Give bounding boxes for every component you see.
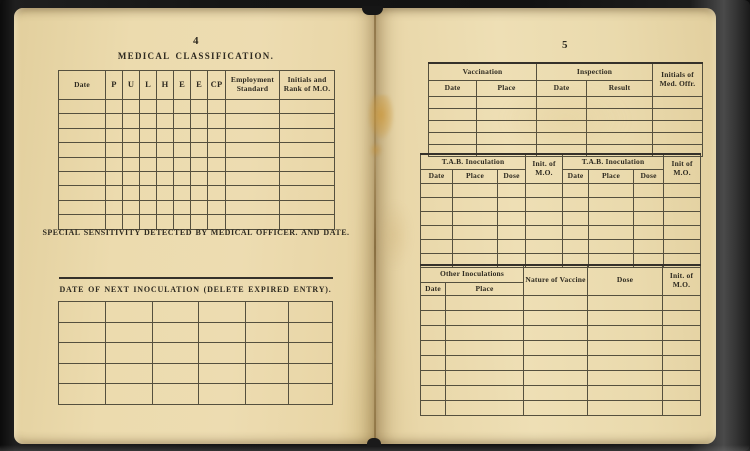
table-row bbox=[421, 240, 701, 254]
empty-cell bbox=[123, 200, 140, 214]
empty-cell bbox=[589, 184, 634, 198]
empty-cell bbox=[446, 386, 524, 401]
empty-cell bbox=[106, 384, 153, 405]
classification-empty-rows bbox=[59, 100, 335, 230]
empty-cell bbox=[208, 171, 226, 185]
empty-cell bbox=[246, 302, 289, 323]
empty-cell bbox=[524, 341, 588, 356]
col-header-initials-med-offr: Initials of Med. Offr. bbox=[653, 63, 703, 97]
empty-cell bbox=[106, 114, 123, 128]
empty-cell bbox=[453, 240, 498, 254]
empty-cell bbox=[634, 212, 664, 226]
empty-cell bbox=[199, 363, 246, 384]
empty-cell bbox=[157, 171, 174, 185]
table-row bbox=[421, 341, 701, 356]
empty-cell bbox=[106, 363, 153, 384]
empty-cell bbox=[208, 128, 226, 142]
empty-cell bbox=[59, 100, 106, 114]
empty-cell bbox=[59, 157, 106, 171]
empty-cell bbox=[157, 215, 174, 229]
empty-cell bbox=[280, 186, 335, 200]
empty-cell bbox=[106, 171, 123, 185]
empty-cell bbox=[191, 143, 208, 157]
empty-cell bbox=[123, 215, 140, 229]
table-row bbox=[421, 296, 701, 311]
empty-cell bbox=[208, 100, 226, 114]
empty-cell bbox=[191, 128, 208, 142]
col-header-tab-place-left: Place bbox=[453, 170, 498, 184]
empty-cell bbox=[123, 128, 140, 142]
empty-cell bbox=[123, 171, 140, 185]
empty-cell bbox=[174, 200, 191, 214]
empty-cell bbox=[153, 302, 199, 323]
empty-cell bbox=[537, 121, 587, 133]
empty-cell bbox=[587, 97, 653, 109]
table-row bbox=[59, 322, 333, 343]
empty-cell bbox=[199, 384, 246, 405]
tab-empty-rows bbox=[421, 184, 701, 268]
table-row bbox=[429, 121, 703, 133]
empty-cell bbox=[498, 212, 526, 226]
empty-cell bbox=[153, 384, 199, 405]
empty-cell bbox=[191, 157, 208, 171]
col-header-insp-result: Result bbox=[587, 81, 653, 97]
empty-cell bbox=[421, 326, 446, 341]
empty-cell bbox=[526, 240, 563, 254]
empty-cell bbox=[446, 371, 524, 386]
empty-cell bbox=[446, 341, 524, 356]
empty-cell bbox=[157, 186, 174, 200]
empty-cell bbox=[524, 401, 588, 416]
other-inoculations-empty-rows bbox=[421, 296, 701, 416]
empty-cell bbox=[563, 212, 589, 226]
empty-cell bbox=[140, 100, 157, 114]
empty-cell bbox=[421, 198, 453, 212]
empty-cell bbox=[446, 326, 524, 341]
empty-cell bbox=[429, 97, 477, 109]
empty-cell bbox=[526, 226, 563, 240]
medical-classification-table: Date P U L H E E CP Employment Standard … bbox=[58, 70, 335, 230]
empty-cell bbox=[106, 143, 123, 157]
medical-record-booklet-photo: 4 MEDICAL CLASSIFICATION. Date P U L H E… bbox=[0, 0, 750, 451]
empty-cell bbox=[289, 363, 333, 384]
empty-cell bbox=[246, 384, 289, 405]
right-page: 5 Vaccination Inspection Initials of Med… bbox=[376, 8, 716, 444]
empty-cell bbox=[174, 100, 191, 114]
table-row bbox=[59, 128, 335, 142]
empty-cell bbox=[663, 341, 701, 356]
empty-cell bbox=[421, 341, 446, 356]
table-row bbox=[429, 133, 703, 145]
empty-cell bbox=[498, 184, 526, 198]
empty-cell bbox=[289, 302, 333, 323]
empty-cell bbox=[123, 157, 140, 171]
col-header-insp-date: Date bbox=[537, 81, 587, 97]
empty-cell bbox=[524, 326, 588, 341]
table-row bbox=[429, 109, 703, 121]
empty-cell bbox=[226, 186, 280, 200]
table-row bbox=[59, 302, 333, 323]
empty-cell bbox=[663, 371, 701, 386]
empty-cell bbox=[526, 212, 563, 226]
empty-cell bbox=[208, 215, 226, 229]
empty-cell bbox=[59, 128, 106, 142]
table-row bbox=[59, 143, 335, 157]
empty-cell bbox=[226, 200, 280, 214]
group-header-vaccination: Vaccination bbox=[429, 63, 537, 81]
empty-cell bbox=[157, 200, 174, 214]
empty-cell bbox=[589, 212, 634, 226]
empty-cell bbox=[191, 100, 208, 114]
table-row bbox=[59, 171, 335, 185]
tab-inoculation-table: T.A.B. Inoculation Init. of M.O. T.A.B. … bbox=[420, 153, 701, 268]
empty-cell bbox=[524, 311, 588, 326]
empty-cell bbox=[208, 157, 226, 171]
empty-cell bbox=[59, 186, 106, 200]
empty-cell bbox=[199, 343, 246, 364]
empty-cell bbox=[477, 133, 537, 145]
empty-cell bbox=[446, 356, 524, 371]
table-row bbox=[421, 184, 701, 198]
empty-cell bbox=[664, 226, 701, 240]
empty-cell bbox=[563, 184, 589, 198]
empty-cell bbox=[157, 143, 174, 157]
empty-cell bbox=[208, 143, 226, 157]
empty-cell bbox=[653, 97, 703, 109]
empty-cell bbox=[588, 296, 663, 311]
empty-cell bbox=[59, 200, 106, 214]
col-header-vacc-place: Place bbox=[477, 81, 537, 97]
empty-cell bbox=[421, 226, 453, 240]
table-row bbox=[59, 157, 335, 171]
empty-cell bbox=[664, 240, 701, 254]
next-inoculation-title: DATE OF NEXT INOCULATION (DELETE EXPIRED… bbox=[59, 278, 333, 302]
empty-cell bbox=[59, 171, 106, 185]
empty-cell bbox=[589, 226, 634, 240]
empty-cell bbox=[588, 371, 663, 386]
tab-header-rows: T.A.B. Inoculation Init. of M.O. T.A.B. … bbox=[421, 154, 701, 184]
empty-cell bbox=[140, 200, 157, 214]
empty-cell bbox=[246, 363, 289, 384]
empty-cell bbox=[664, 198, 701, 212]
empty-cell bbox=[280, 100, 335, 114]
binding-gap-bottom bbox=[367, 438, 381, 447]
group-header-tab-left: T.A.B. Inoculation bbox=[421, 154, 526, 170]
col-header-init-mo-left: Init. of M.O. bbox=[526, 154, 563, 184]
empty-cell bbox=[588, 341, 663, 356]
empty-cell bbox=[140, 215, 157, 229]
empty-cell bbox=[174, 128, 191, 142]
center-binding-crease bbox=[374, 7, 376, 444]
empty-cell bbox=[589, 198, 634, 212]
col-header-e2: E bbox=[191, 71, 208, 100]
empty-cell bbox=[453, 226, 498, 240]
empty-cell bbox=[174, 143, 191, 157]
empty-cell bbox=[589, 240, 634, 254]
empty-cell bbox=[563, 198, 589, 212]
empty-cell bbox=[226, 100, 280, 114]
left-page: 4 MEDICAL CLASSIFICATION. Date P U L H E… bbox=[14, 8, 376, 444]
empty-cell bbox=[526, 184, 563, 198]
empty-cell bbox=[634, 226, 664, 240]
vaccination-empty-rows bbox=[429, 97, 703, 157]
col-header-p: P bbox=[106, 71, 123, 100]
empty-cell bbox=[191, 171, 208, 185]
empty-cell bbox=[106, 215, 123, 229]
empty-cell bbox=[587, 133, 653, 145]
empty-cell bbox=[588, 326, 663, 341]
next-inoculation-title-row: DATE OF NEXT INOCULATION (DELETE EXPIRED… bbox=[59, 278, 333, 302]
classification-header-row: Date P U L H E E CP Employment Standard … bbox=[59, 71, 335, 100]
right-page-number: 5 bbox=[428, 39, 702, 51]
empty-cell bbox=[280, 143, 335, 157]
special-sensitivity-note: SPECIAL SENSITIVITY DETECTED BY MEDICAL … bbox=[24, 228, 368, 237]
empty-cell bbox=[429, 133, 477, 145]
empty-cell bbox=[587, 121, 653, 133]
empty-cell bbox=[191, 215, 208, 229]
empty-cell bbox=[199, 302, 246, 323]
table-row bbox=[429, 97, 703, 109]
empty-cell bbox=[446, 401, 524, 416]
empty-cell bbox=[588, 401, 663, 416]
empty-cell bbox=[157, 128, 174, 142]
empty-cell bbox=[588, 311, 663, 326]
empty-cell bbox=[123, 100, 140, 114]
empty-cell bbox=[453, 198, 498, 212]
empty-cell bbox=[588, 356, 663, 371]
table-row bbox=[59, 114, 335, 128]
empty-cell bbox=[280, 200, 335, 214]
empty-cell bbox=[208, 200, 226, 214]
table-row bbox=[59, 100, 335, 114]
empty-cell bbox=[477, 97, 537, 109]
empty-cell bbox=[446, 296, 524, 311]
empty-cell bbox=[663, 311, 701, 326]
col-header-tab-place-right: Place bbox=[589, 170, 634, 184]
empty-cell bbox=[421, 401, 446, 416]
col-header-vacc-date: Date bbox=[429, 81, 477, 97]
empty-cell bbox=[174, 157, 191, 171]
table-row bbox=[421, 198, 701, 212]
col-header-employment-standard: Employment Standard bbox=[226, 71, 280, 100]
other-inoculations-table: Other Inoculations Nature of Vaccine Dos… bbox=[420, 264, 701, 416]
empty-cell bbox=[421, 212, 453, 226]
empty-cell bbox=[429, 109, 477, 121]
table-row bbox=[421, 356, 701, 371]
binding-gap-top bbox=[362, 6, 383, 15]
empty-cell bbox=[59, 143, 106, 157]
empty-cell bbox=[280, 171, 335, 185]
empty-cell bbox=[59, 114, 106, 128]
empty-cell bbox=[226, 114, 280, 128]
empty-cell bbox=[153, 363, 199, 384]
empty-cell bbox=[157, 157, 174, 171]
empty-cell bbox=[421, 184, 453, 198]
empty-cell bbox=[587, 109, 653, 121]
empty-cell bbox=[280, 128, 335, 142]
empty-cell bbox=[653, 109, 703, 121]
empty-cell bbox=[421, 296, 446, 311]
empty-cell bbox=[289, 384, 333, 405]
empty-cell bbox=[634, 240, 664, 254]
col-header-other-date: Date bbox=[421, 283, 446, 296]
col-header-other-place: Place bbox=[446, 283, 524, 296]
table-row bbox=[421, 311, 701, 326]
table-row bbox=[59, 384, 333, 405]
empty-cell bbox=[526, 198, 563, 212]
empty-cell bbox=[563, 226, 589, 240]
col-header-cp: CP bbox=[208, 71, 226, 100]
next-inoculation-empty-rows bbox=[59, 302, 333, 405]
empty-cell bbox=[246, 322, 289, 343]
empty-cell bbox=[191, 200, 208, 214]
empty-cell bbox=[157, 100, 174, 114]
empty-cell bbox=[106, 200, 123, 214]
empty-cell bbox=[429, 121, 477, 133]
empty-cell bbox=[663, 326, 701, 341]
col-header-l: L bbox=[140, 71, 157, 100]
empty-cell bbox=[208, 186, 226, 200]
empty-cell bbox=[421, 386, 446, 401]
empty-cell bbox=[191, 114, 208, 128]
empty-cell bbox=[664, 212, 701, 226]
empty-cell bbox=[563, 240, 589, 254]
empty-cell bbox=[106, 343, 153, 364]
empty-cell bbox=[663, 296, 701, 311]
empty-cell bbox=[289, 343, 333, 364]
empty-cell bbox=[537, 97, 587, 109]
empty-cell bbox=[524, 371, 588, 386]
empty-cell bbox=[421, 240, 453, 254]
empty-cell bbox=[106, 157, 123, 171]
empty-cell bbox=[634, 184, 664, 198]
empty-cell bbox=[59, 215, 106, 229]
empty-cell bbox=[498, 198, 526, 212]
empty-cell bbox=[477, 109, 537, 121]
table-row bbox=[421, 386, 701, 401]
empty-cell bbox=[59, 363, 106, 384]
table-row bbox=[59, 200, 335, 214]
col-header-tab-dose-right: Dose bbox=[634, 170, 664, 184]
table-row bbox=[59, 215, 335, 229]
empty-cell bbox=[663, 401, 701, 416]
empty-cell bbox=[123, 114, 140, 128]
table-row bbox=[421, 226, 701, 240]
empty-cell bbox=[174, 171, 191, 185]
empty-cell bbox=[174, 186, 191, 200]
table-row bbox=[421, 212, 701, 226]
table-row bbox=[59, 186, 335, 200]
empty-cell bbox=[588, 386, 663, 401]
group-header-inspection: Inspection bbox=[537, 63, 653, 81]
empty-cell bbox=[524, 356, 588, 371]
vaccination-inspection-table: Vaccination Inspection Initials of Med. … bbox=[428, 62, 703, 157]
empty-cell bbox=[59, 343, 106, 364]
group-header-tab-right: T.A.B. Inoculation bbox=[563, 154, 664, 170]
col-header-initials-rank: Initials and Rank of M.O. bbox=[280, 71, 335, 100]
empty-cell bbox=[280, 157, 335, 171]
col-header-e1: E bbox=[174, 71, 191, 100]
next-inoculation-table: DATE OF NEXT INOCULATION (DELETE EXPIRED… bbox=[58, 277, 333, 405]
empty-cell bbox=[663, 386, 701, 401]
empty-cell bbox=[653, 133, 703, 145]
empty-cell bbox=[199, 322, 246, 343]
empty-cell bbox=[226, 143, 280, 157]
empty-cell bbox=[453, 184, 498, 198]
medical-classification-title: MEDICAL CLASSIFICATION. bbox=[48, 51, 344, 61]
left-page-number: 4 bbox=[58, 35, 334, 47]
empty-cell bbox=[226, 157, 280, 171]
col-header-dose: Dose bbox=[588, 265, 663, 296]
empty-cell bbox=[226, 215, 280, 229]
empty-cell bbox=[524, 296, 588, 311]
col-header-init-mo: Init. of M.O. bbox=[663, 265, 701, 296]
empty-cell bbox=[106, 100, 123, 114]
table-row bbox=[59, 363, 333, 384]
table-row bbox=[421, 326, 701, 341]
col-header-nature-of-vaccine: Nature of Vaccine bbox=[524, 265, 588, 296]
empty-cell bbox=[280, 215, 335, 229]
empty-cell bbox=[106, 302, 153, 323]
empty-cell bbox=[453, 212, 498, 226]
empty-cell bbox=[208, 114, 226, 128]
empty-cell bbox=[106, 322, 153, 343]
col-header-date: Date bbox=[59, 71, 106, 100]
empty-cell bbox=[59, 322, 106, 343]
empty-cell bbox=[537, 133, 587, 145]
empty-cell bbox=[153, 343, 199, 364]
empty-cell bbox=[59, 302, 106, 323]
empty-cell bbox=[421, 311, 446, 326]
empty-cell bbox=[289, 322, 333, 343]
empty-cell bbox=[653, 121, 703, 133]
empty-cell bbox=[174, 215, 191, 229]
empty-cell bbox=[446, 311, 524, 326]
empty-cell bbox=[59, 384, 106, 405]
empty-cell bbox=[477, 121, 537, 133]
empty-cell bbox=[140, 128, 157, 142]
group-header-other-inoculations: Other Inoculations bbox=[421, 265, 524, 283]
empty-cell bbox=[246, 343, 289, 364]
empty-cell bbox=[537, 109, 587, 121]
empty-cell bbox=[524, 386, 588, 401]
empty-cell bbox=[498, 226, 526, 240]
empty-cell bbox=[140, 157, 157, 171]
table-row bbox=[421, 401, 701, 416]
empty-cell bbox=[226, 128, 280, 142]
col-header-h: H bbox=[157, 71, 174, 100]
col-header-tab-dose-left: Dose bbox=[498, 170, 526, 184]
empty-cell bbox=[226, 171, 280, 185]
empty-cell bbox=[123, 143, 140, 157]
empty-cell bbox=[174, 114, 191, 128]
table-row bbox=[421, 371, 701, 386]
col-header-u: U bbox=[123, 71, 140, 100]
empty-cell bbox=[634, 198, 664, 212]
col-header-tab-date-left: Date bbox=[421, 170, 453, 184]
empty-cell bbox=[140, 114, 157, 128]
col-header-init-mo-right: Init of M.O. bbox=[664, 154, 701, 184]
empty-cell bbox=[664, 184, 701, 198]
col-header-tab-date-right: Date bbox=[563, 170, 589, 184]
empty-cell bbox=[498, 240, 526, 254]
table-row bbox=[59, 343, 333, 364]
empty-cell bbox=[140, 171, 157, 185]
empty-cell bbox=[106, 186, 123, 200]
empty-cell bbox=[106, 128, 123, 142]
empty-cell bbox=[153, 322, 199, 343]
empty-cell bbox=[280, 114, 335, 128]
